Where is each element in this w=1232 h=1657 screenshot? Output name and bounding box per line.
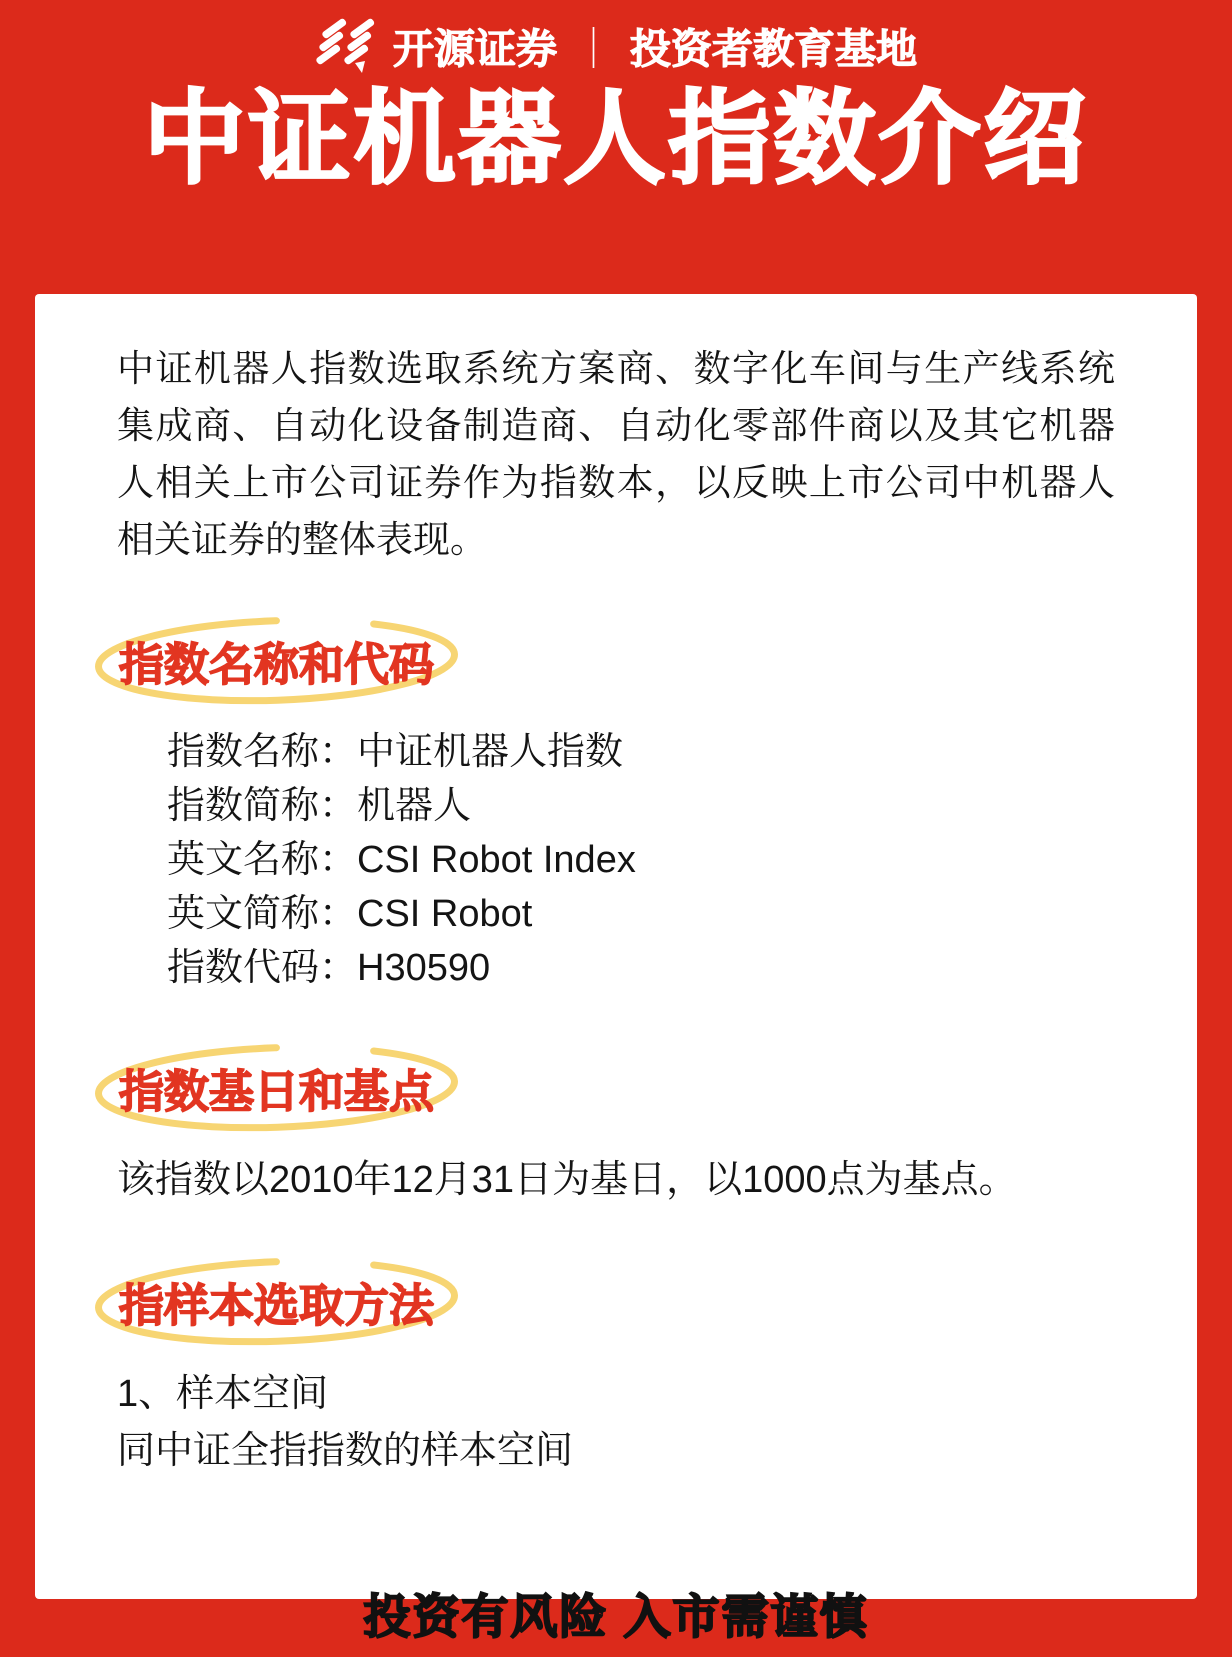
list-item-english-short: 英文简称：CSI Robot: [167, 887, 1115, 941]
index-details-list: 指数名称：中证机器人指数 指数简称：机器人 英文名称：CSI Robot Ind…: [167, 725, 1115, 995]
list-item-index-name: 指数名称：中证机器人指数: [167, 725, 1115, 779]
section-heading-label: 指数名称和代码: [119, 639, 434, 690]
base-date-text: 该指数以2010年12月31日为基日，以1000点为基点。: [117, 1152, 1115, 1209]
kaiyuan-logo-icon: [315, 17, 379, 75]
section-heading-sample-method: 指样本选取方法: [91, 1255, 462, 1348]
section-heading-label: 指数基日和基点: [119, 1066, 434, 1117]
list-item-english-name: 英文名称：CSI Robot Index: [167, 833, 1115, 887]
list-item-index-code: 指数代码：H30590: [167, 941, 1115, 995]
page-title: 中证机器人指数介绍: [0, 79, 1232, 199]
intro-paragraph: 中证机器人指数选取系统方案商、数字化车间与生产线系统集成商、自动化设备制造商、自…: [117, 340, 1115, 568]
risk-disclaimer: 投资有风险 入市需谨慎: [117, 1580, 1115, 1647]
section-heading-index-name-code: 指数名称和代码: [91, 614, 462, 707]
header-subtitle: 投资者教育基地: [630, 16, 917, 75]
header-divider: ｜: [573, 16, 614, 75]
brand-name: 开源证券: [393, 16, 557, 75]
section-heading-label: 指样本选取方法: [119, 1280, 434, 1331]
section-heading-base-date: 指数基日和基点: [91, 1041, 462, 1134]
sample-space-detail-line: 同中证全指指数的样本空间: [117, 1423, 1115, 1480]
content-card: 中证机器人指数选取系统方案商、数字化车间与生产线系统集成商、自动化设备制造商、自…: [35, 294, 1197, 1599]
poster: 开源证券 ｜ 投资者教育基地 中证机器人指数介绍 中证机器人指数选取系统方案商、…: [0, 0, 1232, 1599]
sample-space-line: 1、样本空间: [117, 1366, 1115, 1423]
list-item-index-short: 指数简称：机器人: [167, 779, 1115, 833]
header: 开源证券 ｜ 投资者教育基地: [0, 0, 1232, 75]
